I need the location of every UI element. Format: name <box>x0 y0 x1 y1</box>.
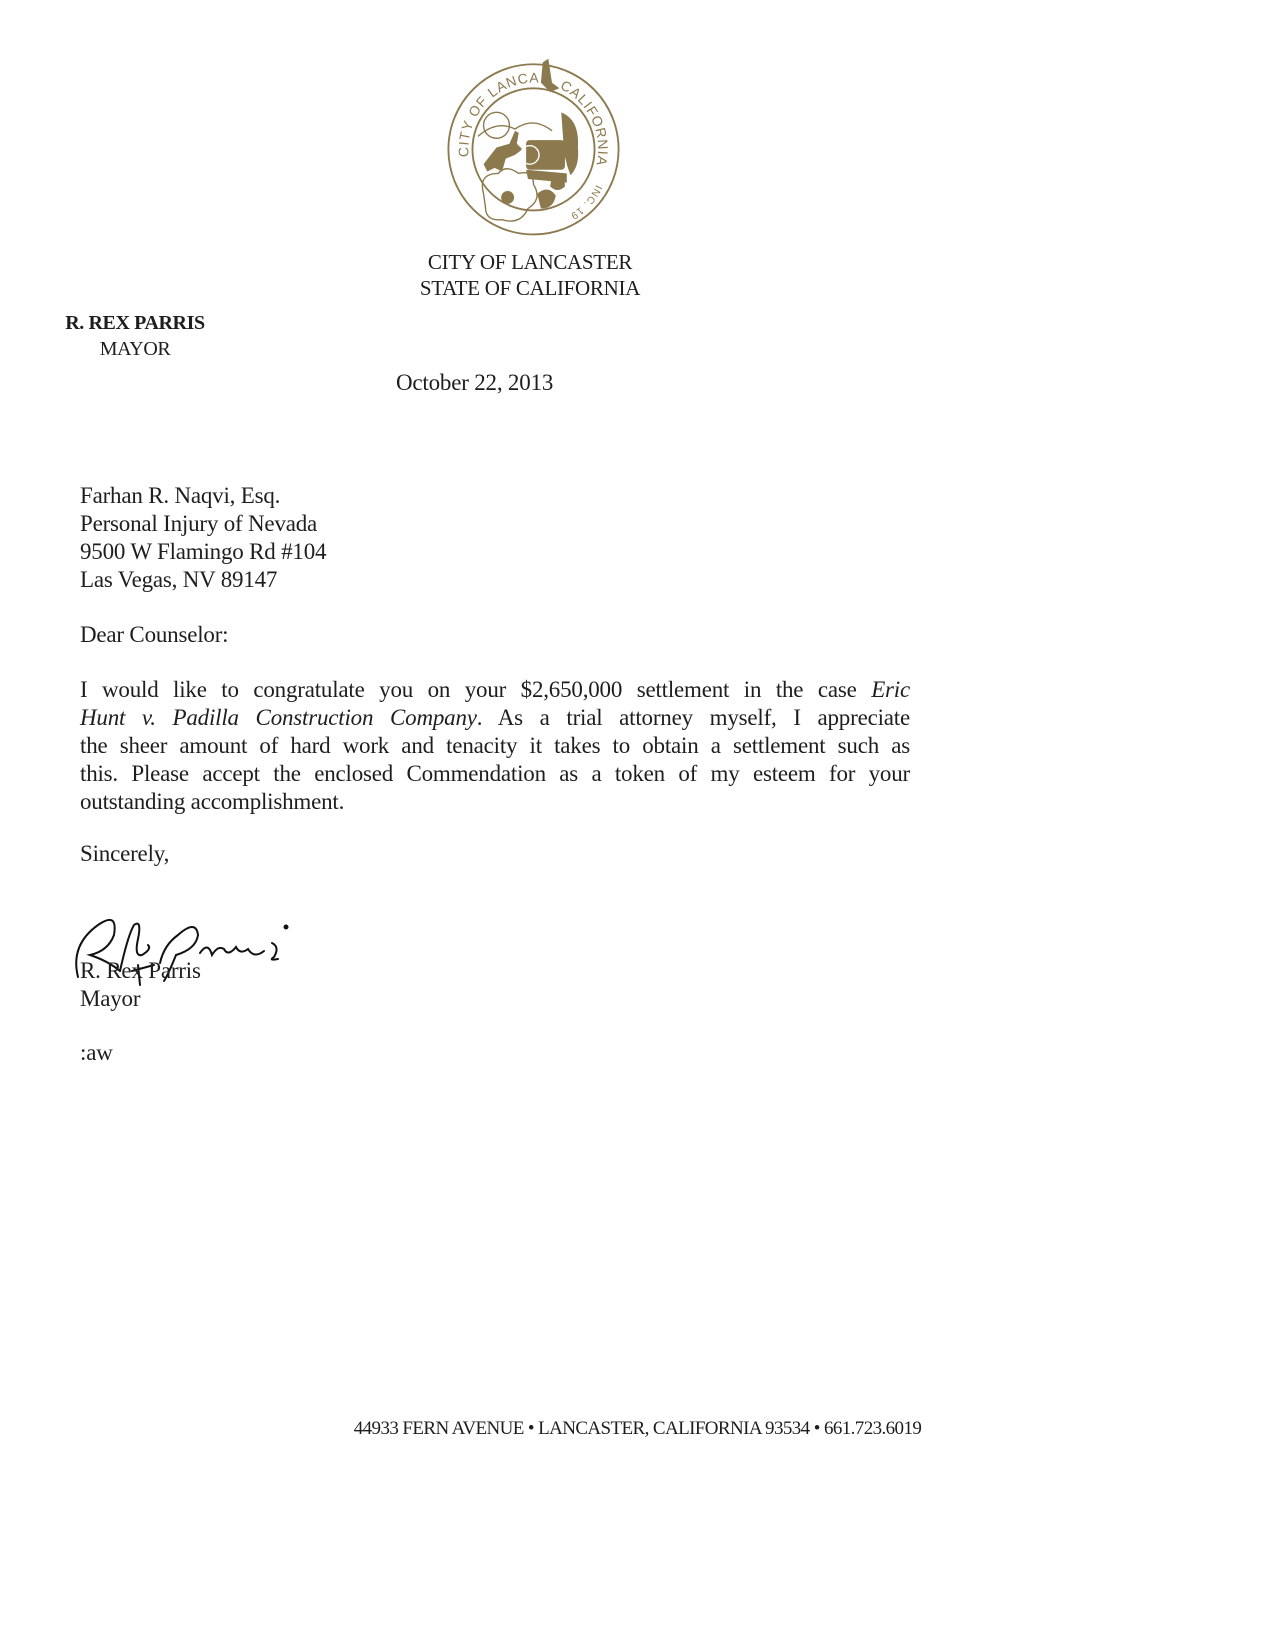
recipient-firm: Personal Injury of Nevada <box>80 510 326 538</box>
case-name-part: Eric <box>871 677 910 702</box>
letter-date: October 22, 2013 <box>396 370 553 396</box>
body-line: Hunt v. Padilla Construction Company. As… <box>80 704 910 732</box>
closing: Sincerely, <box>80 840 169 868</box>
footer-phone: 661.723.6019 <box>824 1418 921 1439</box>
letterhead-official: R. REX PARRIS MAYOR <box>55 310 215 362</box>
case-name-part: Hunt v. Padilla Construction Company <box>80 705 477 730</box>
footer-contact: 44933 FERN AVENUE • LANCASTER, CALIFORNI… <box>0 1418 1275 1440</box>
letter-body: I would like to congratulate you on your… <box>80 676 910 816</box>
body-line: the sheer amount of hard work and tenaci… <box>80 732 910 760</box>
footer-separator: • <box>528 1418 534 1439</box>
signer-block: R. Rex Parris Mayor <box>80 957 201 1013</box>
body-line: I would like to congratulate you on your… <box>80 676 910 704</box>
official-name: R. REX PARRIS <box>55 310 215 336</box>
letterhead-city: CITY OF LANCASTER <box>390 249 670 275</box>
letterhead-state: STATE OF CALIFORNIA <box>390 275 670 301</box>
footer-city: LANCASTER, CALIFORNIA 93534 <box>538 1418 809 1439</box>
footer-separator: • <box>814 1418 820 1439</box>
recipient-city-state-zip: Las Vegas, NV 89147 <box>80 566 326 594</box>
recipient-name: Farhan R. Naqvi, Esq. <box>80 482 326 510</box>
signer-title: Mayor <box>80 985 201 1013</box>
body-line: this. Please accept the enclosed Commend… <box>80 760 910 788</box>
city-seal-icon: CITY OF LANCASTER CALIFORNIA INC. 1977 <box>441 55 626 240</box>
official-title: MAYOR <box>55 336 215 362</box>
recipient-address: Farhan R. Naqvi, Esq. Personal Injury of… <box>80 482 326 594</box>
salutation: Dear Counselor: <box>80 621 228 649</box>
body-line: outstanding accomplishment. <box>80 788 910 816</box>
signer-name: R. Rex Parris <box>80 957 201 985</box>
typist-initials: :aw <box>80 1039 113 1067</box>
recipient-street: 9500 W Flamingo Rd #104 <box>80 538 326 566</box>
footer-address: 44933 FERN AVENUE <box>354 1418 524 1439</box>
